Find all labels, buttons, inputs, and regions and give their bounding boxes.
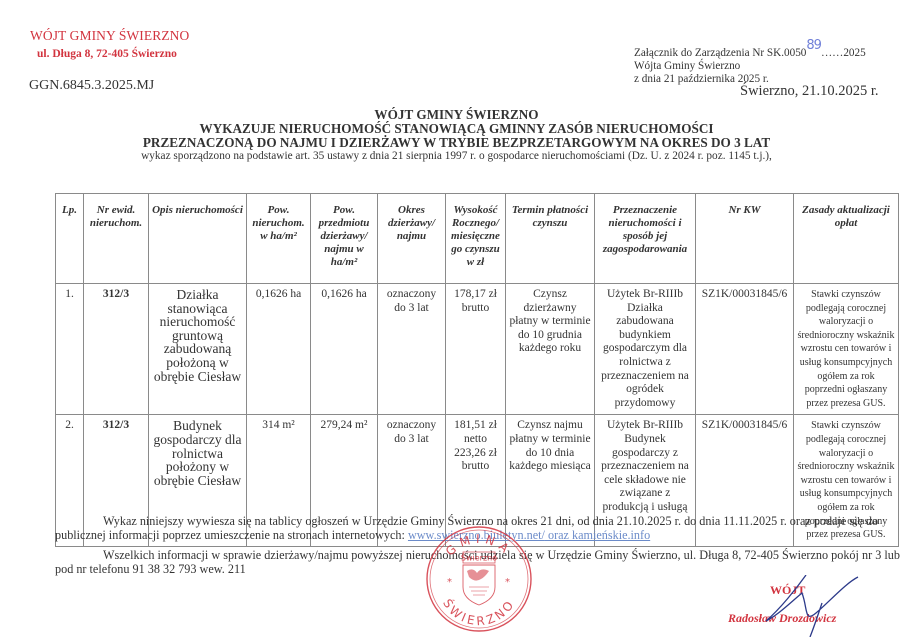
attachment-line-1: Załącznik do Zarządzenia Nr SK.005089……2…	[634, 46, 866, 60]
col-zasady: Zasady aktualizacji opłat	[794, 194, 899, 284]
cell-czynsz: 178,17 zł brutto	[446, 284, 506, 415]
link-kamienskie[interactable]: kamieńskie.info	[572, 528, 650, 542]
seal-emblem-icon: GMINA ŚWIERZNO Świerzno * *	[425, 525, 533, 633]
col-termin: Termin płatności czynszu	[506, 194, 595, 284]
col-lp: Lp.	[56, 194, 84, 284]
issuer-stamp-title: WÓJT GMINY ŚWIERZNO	[30, 28, 189, 44]
title-line-1: WÓJT GMINY ŚWIERZNO	[0, 108, 913, 122]
title-line-2: WYKAZUJE NIERUCHOMOŚĆ STANOWIĄCĄ GMINNY …	[0, 122, 913, 136]
link-separator: oraz	[545, 528, 572, 542]
col-nr-ewid: Nr ewid. nieruchom.	[84, 194, 149, 284]
col-nr-kw: Nr KW	[696, 194, 794, 284]
cell-nr-kw: SZ1K/00031845/6	[696, 284, 794, 415]
col-opis: Opis nieruchomości	[149, 194, 247, 284]
cell-termin: Czynsz dzierżawny płatny w terminie do 1…	[506, 284, 595, 415]
place-date: Świerzno, 21.10.2025 r.	[740, 83, 879, 100]
handwritten-signature-icon	[718, 575, 908, 637]
cell-nr-ewid: 312/3	[84, 284, 149, 415]
attachment-year: 2025	[843, 47, 865, 59]
col-pow-nieruchom: Pow. nieruchom. w ha/m²	[247, 194, 311, 284]
svg-text:*: *	[447, 577, 452, 588]
cell-opis: Działka stanowiąca nieruchomość gruntową…	[149, 284, 247, 415]
table-header-row: Lp. Nr ewid. nieruchom. Opis nieruchomoś…	[56, 194, 899, 284]
table-row: 1. 312/3 Działka stanowiąca nieruchomość…	[56, 284, 899, 415]
attachment-dots: ……	[821, 47, 843, 59]
cell-zasady: Stawki czynszów podlegają corocznej walo…	[794, 284, 899, 415]
case-number: GGN.6845.3.2025.MJ	[29, 78, 154, 94]
col-okres: Okres dzierżawy/ najmu	[378, 194, 446, 284]
official-seal: GMINA ŚWIERZNO Świerzno * *	[425, 525, 533, 633]
document-title: WÓJT GMINY ŚWIERZNO WYKAZUJE NIERUCHOMOŚ…	[0, 108, 913, 163]
cell-pow-nieruchom: 0,1626 ha	[247, 284, 311, 415]
attachment-note: Załącznik do Zarządzenia Nr SK.005089……2…	[634, 46, 866, 86]
col-przeznaczenie: Przeznaczenie nieruchomości i sposób jej…	[595, 194, 696, 284]
cell-lp: 1.	[56, 284, 84, 415]
issuer-stamp-address: ul. Długa 8, 72-405 Świerzno	[37, 48, 189, 60]
issuer-stamp: WÓJT GMINY ŚWIERZNO ul. Długa 8, 72-405 …	[30, 28, 189, 60]
svg-text:Świerzno: Świerzno	[461, 552, 497, 563]
signature-block: WÓJT Radosław Drozdowicz	[718, 575, 908, 637]
handwritten-number: 89	[806, 38, 821, 53]
attachment-line-2: Wójta Gminy Świerzno	[634, 60, 866, 73]
legal-basis: wykaz sporządzono na podstawie art. 35 u…	[0, 150, 913, 163]
cell-okres: oznaczony do 3 lat	[378, 284, 446, 415]
svg-text:*: *	[505, 577, 510, 588]
title-line-3: PRZEZNACZONĄ DO NAJMU I DZIERŻAWY W TRYB…	[0, 136, 913, 150]
col-czynsz: Wysokość Rocznego/ miesięczne go czynszu…	[446, 194, 506, 284]
attachment-prefix: Załącznik do Zarządzenia Nr SK.0050	[634, 47, 806, 59]
cell-pow-przedmiotu: 0,1626 ha	[311, 284, 378, 415]
cell-przeznaczenie: Użytek Br-RIIIb Działka zabudowana budyn…	[595, 284, 696, 415]
property-table: Lp. Nr ewid. nieruchom. Opis nieruchomoś…	[55, 193, 899, 547]
col-pow-przedmiotu: Pow. przedmiotu dzierżawy/ najmu w ha/m²	[311, 194, 378, 284]
